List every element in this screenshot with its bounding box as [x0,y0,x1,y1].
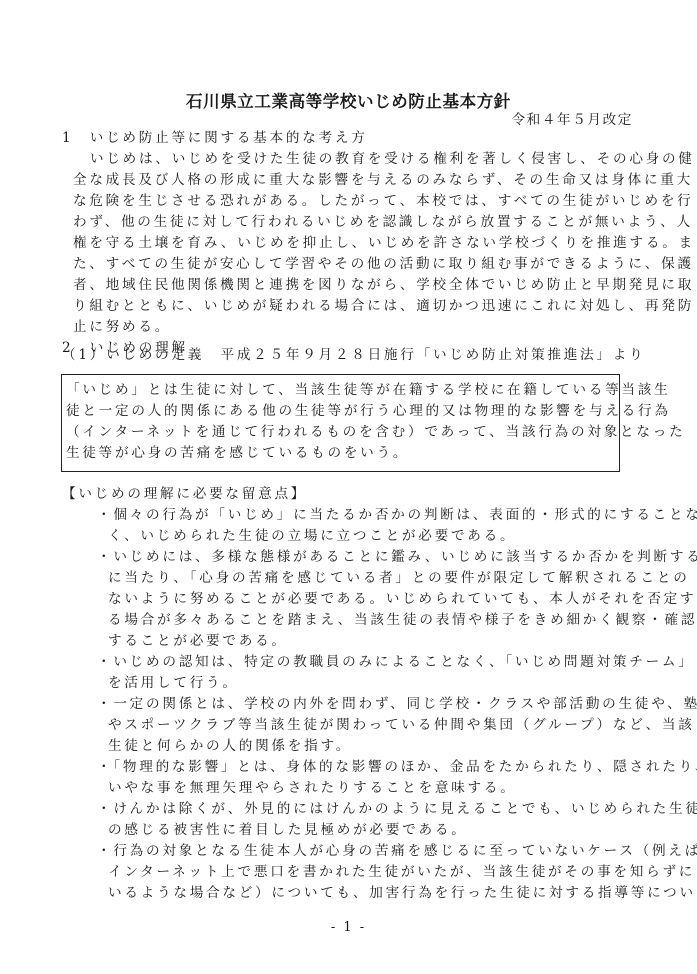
note-item-line: ・個々の行為が「いじめ」に当たるか否かの判断は、表面的・形式的にすることな [97,505,697,526]
note-item-line: ・一定の関係とは、学校の内外を問わず、同じ学校・クラスや部活動の生徒や、塾 [97,694,697,715]
note-item-line: することが必要である。 [108,631,288,652]
notes-heading: 【いじめの理解に必要な留意点】 [62,484,307,505]
definition-line: 徒と一定の人的関係にある他の生徒等が行う心理的又は物理的な影響を与える行為 [66,401,671,422]
note-item-line: いるような場合など）についても、加害行為を行った生徒に対する指導等につい [108,883,696,904]
section-1-paragraph-line: いじめは、いじめを受けた生徒の教育を受ける権利を著しく侵害し、その心身の健 [90,149,695,170]
note-item-line: インターネット上で悪口を書かれた生徒がいたが、当該生徒がその事を知らずに [108,862,695,883]
note-item-line: やスポーツクラブ等当該生徒が関わっている仲間や集団（グループ）など、当該 [108,715,695,736]
note-item-line: ・「物理的な影響」とは、身体的な影響のほか、金品をたかられたり、隠されたり、 [97,757,697,778]
page-number: - 1 - [0,920,697,935]
note-item-line: に当たり、「心身の苦痛を感じている者」との要件が限定して解釈されることの [108,568,690,589]
note-item-line: を活用して行う。 [108,673,239,694]
definition-line: 生徒等が心身の苦痛を感じているものをいう。 [66,443,409,464]
note-item-line: ・いじめの認知は、特定の教職員のみによることなく、「いじめ問題対策チーム」 [97,652,695,673]
definition-line: （インターネットを通じて行われるものを含む）であって、当該行為の対象となった [66,422,685,443]
section-1-heading: 1 いじめ防止等に関する基本的な考え方 [62,128,368,149]
section-1-paragraph-line: た、すべての生徒が安心して学習やその他の活動に取り組む事ができるように、保護 [73,254,694,275]
section-1-paragraph-line: な危険を生じさせる恐れがある。したがって、本校では、すべての生徒がいじめを行 [73,191,694,212]
section-1-paragraph-line: わず、他の生徒に対して行われるいじめを認識しながら放置することが無いよう、人 [73,212,693,233]
note-item-line: ・けんかは除くが、外見的にはけんかのように見えることでも、いじめられた生徒 [97,799,697,820]
section-1-paragraph-line: 止に努める。 [73,317,171,338]
section-1-paragraph-line: り組むとともに、いじめが疑われる場合には、適切かつ迅速にこれに対処し、再発防 [73,296,694,317]
note-item-line: ・いじめには、多様な態様があることに鑑み、いじめに該当するか否かを判断する [97,547,697,568]
note-item-line: いやな事を無理矢理やらされたりすることを意味する。 [108,778,517,799]
definition-line: 「いじめ」とは生徒に対して、当該生徒等が在籍する学校に在籍している等当該生 [66,380,670,401]
note-item-line: ・行為の対象となる生徒本人が心身の苦痛を感じるに至っていないケース（例えば、 [97,841,697,862]
note-item-line: 生徒と何らかの人的関係を指す。 [108,736,352,757]
section-1-paragraph-line: 全な成長及び人格の形成に重大な影響を与えるのみならず、その生命又は身体に重大 [73,170,693,191]
section-1-paragraph-line: 者、地域住民他関係機関と連携を図りながら、学校全体でいじめ防止と早期発見に取 [73,275,694,296]
note-item-line: の感じる被害性に着目した見極めが必要である。 [108,820,468,841]
note-item-line: ないように努めることが必要である。いじめられていても、本人がそれを否定す [108,589,696,610]
note-item-line: く、いじめられた生徒の立場に立つことが必要である。 [108,526,516,547]
document-page: 石川県立工業高等学校いじめ防止基本方針 令和４年５月改定 1 いじめ防止等に関す… [0,0,697,974]
section-2-subheading: （1）いじめの定義 平成２５年９月２８日施行「いじめ防止対策推進法」より [62,345,645,366]
document-title: 石川県立工業高等学校いじめ防止基本方針 [186,88,511,112]
revision-date: 令和４年５月改定 [511,108,633,128]
section-1-paragraph-line: 権を守る土壌を育み、いじめを抑止し、いじめを許さない学校づくりを推進する。ま [73,233,695,254]
note-item-line: る場合が多々あることを踏まえ、当該生徒の表情や様子をきめ細かく観察・確認 [108,610,697,631]
